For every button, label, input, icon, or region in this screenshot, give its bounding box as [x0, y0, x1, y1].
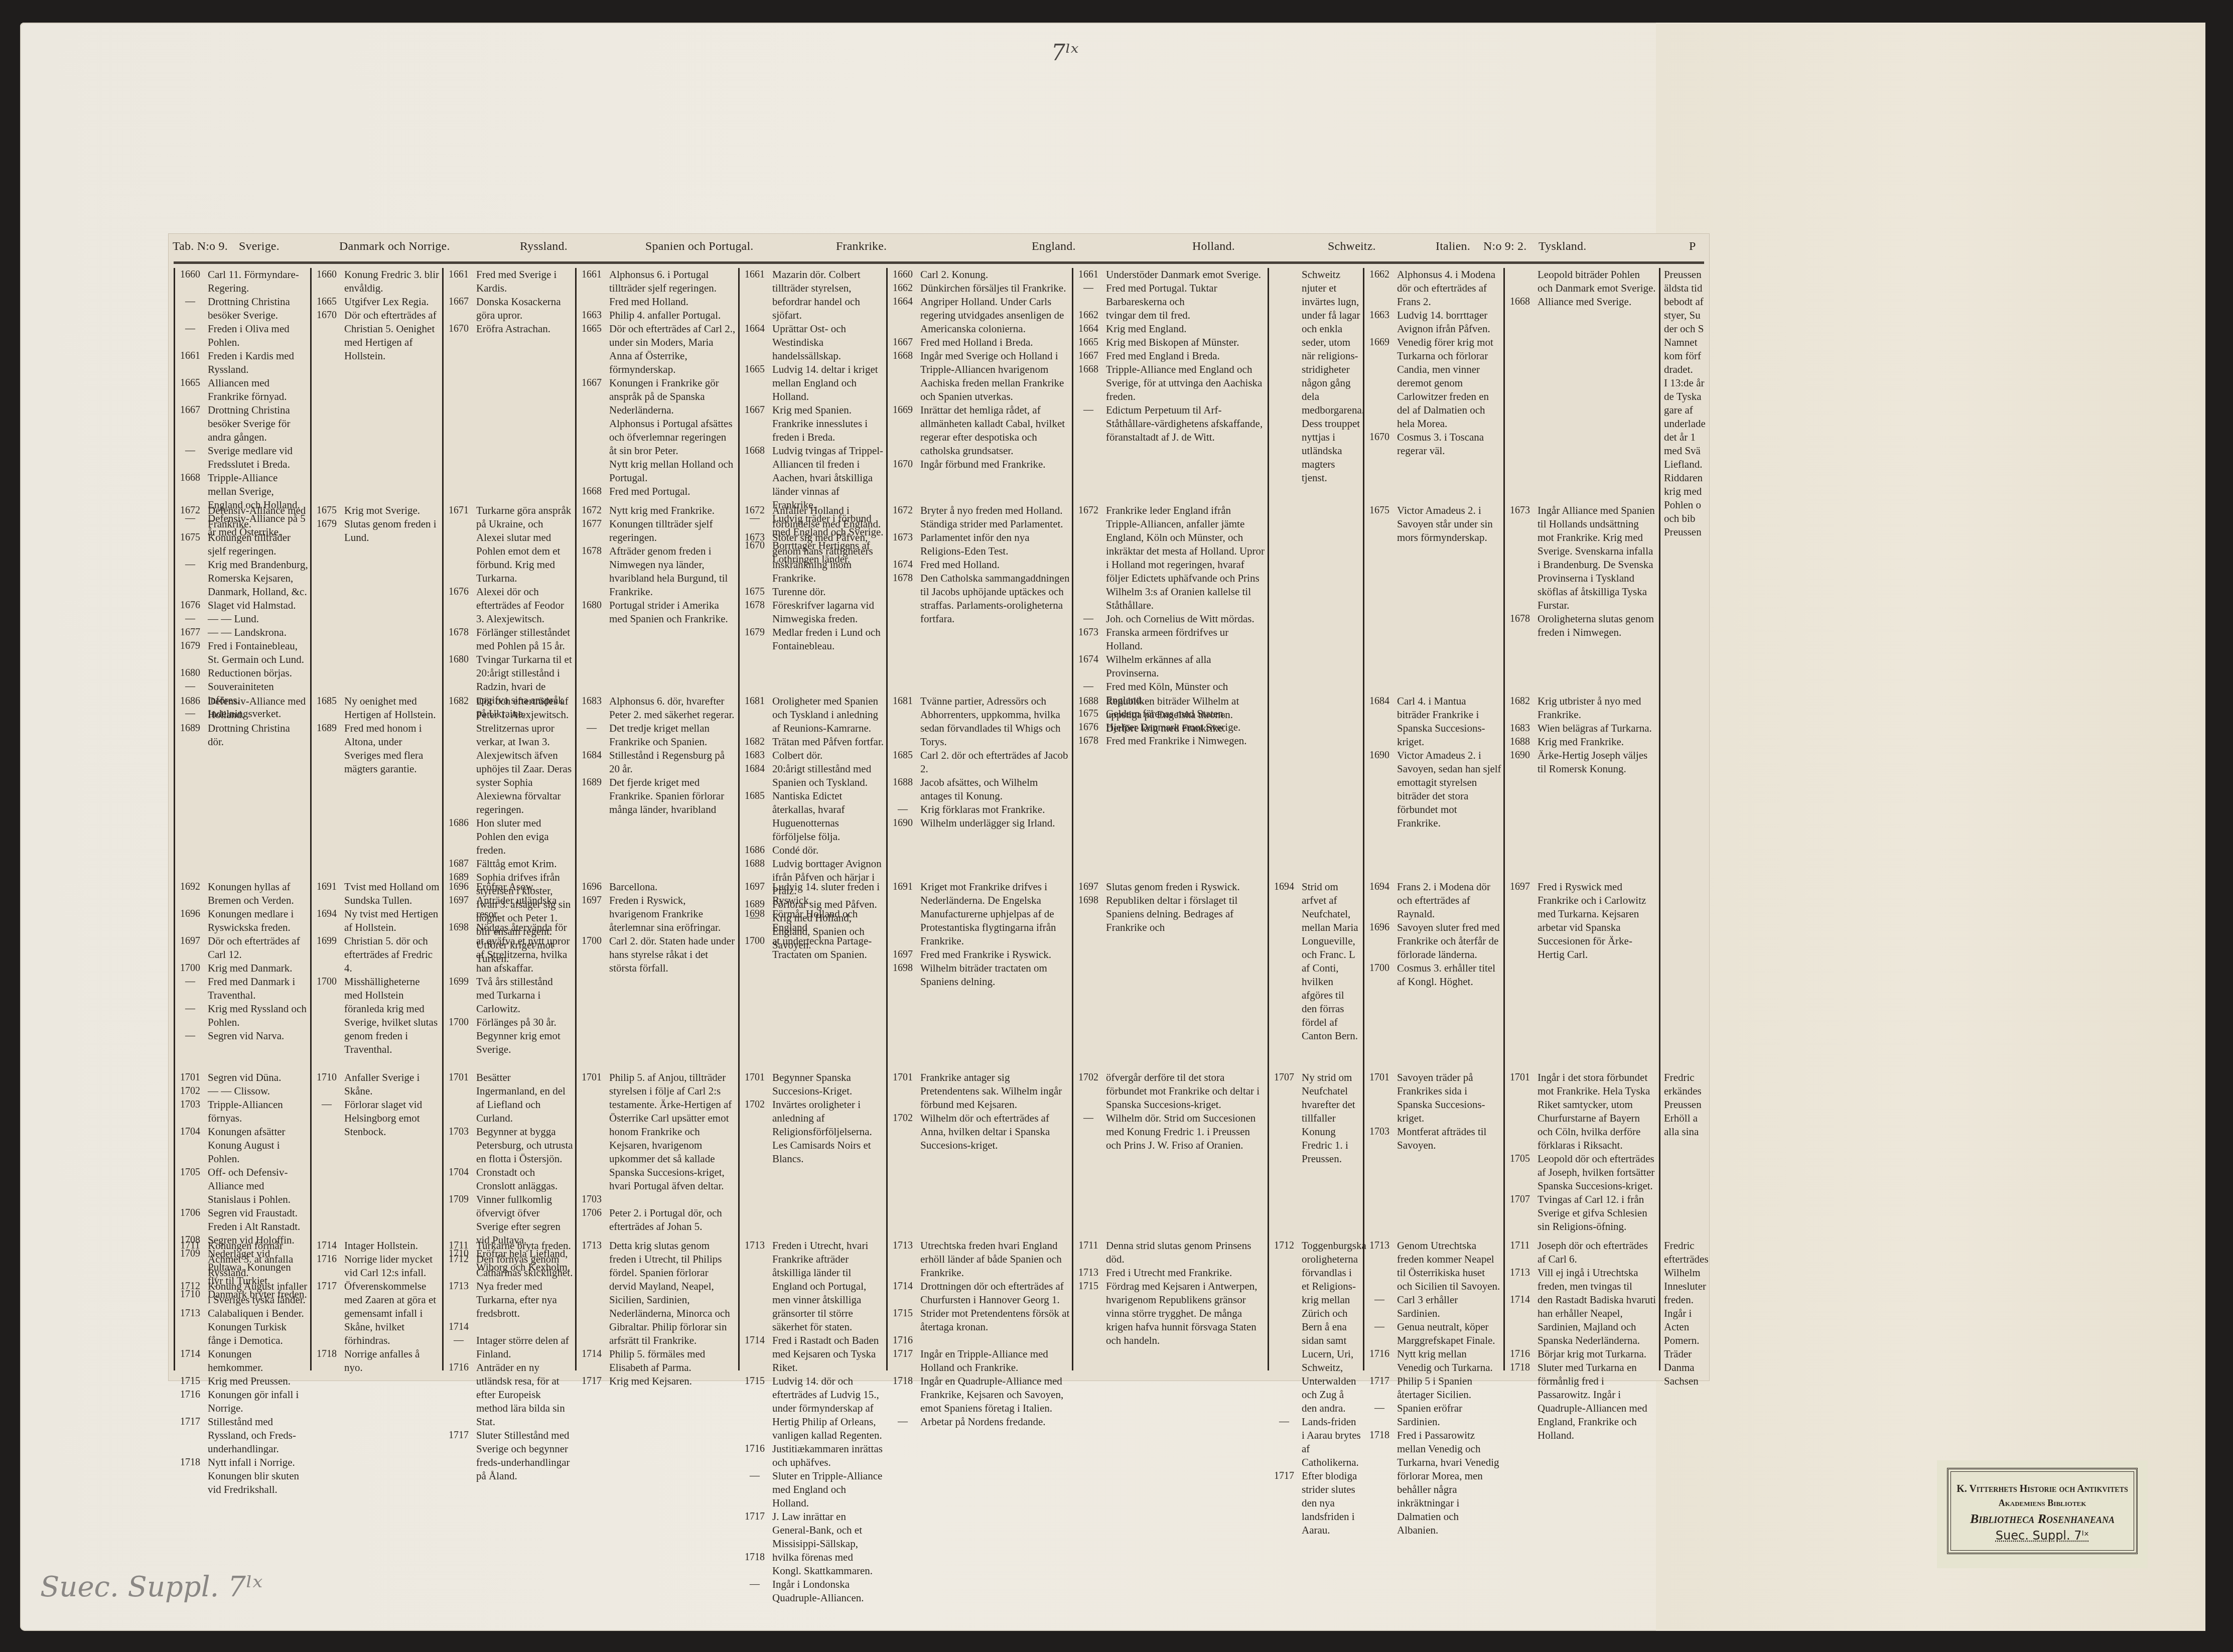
col-divider	[1659, 268, 1660, 1370]
entry-year: 1678	[889, 572, 916, 585]
entry-year: 1672	[177, 504, 204, 517]
table-entry: 1676Slaget vid Halmstad.	[177, 599, 308, 612]
table-entry: 1667Krig med Spanien. Frankrike innesslu…	[741, 403, 884, 444]
table-entry: —Förlorar slaget vid Helsingborg emot St…	[313, 1098, 440, 1139]
entry-year: 1715	[177, 1374, 204, 1388]
col-divider	[575, 268, 577, 1370]
entry-year: 1679	[313, 517, 340, 531]
table-entry: 1714Philip 5. förmäles med Elisabeth af …	[578, 1347, 736, 1374]
table-entry: 1718Nytt infall i Norrige. Konungen blir…	[177, 1456, 308, 1496]
entry-text: Carl 2. dör. Staten hade under hans styr…	[609, 934, 736, 975]
entry-text: Ingår i Londonska Quadruple-Alliancen.	[772, 1578, 884, 1605]
table-entry: 1690Wilhelm underlägger sig Irland.	[889, 816, 1070, 830]
table-entry: 1674Wilhelm erkännes af alla Provinserna…	[1075, 653, 1266, 680]
entry-text: Defensiv-Alliance med Frankrike.	[208, 504, 308, 531]
fragment-line: Träder	[1664, 1347, 1709, 1361]
table-entry: 1716Börjar krig mot Turkarna.	[1506, 1347, 1657, 1361]
table-entry: 1661Fred med Sverige i Kardis.	[445, 268, 573, 295]
table-entry: Schweitz njuter et invärtes lugn, under …	[1271, 268, 1361, 485]
entry-text: Nödgas återvända för at qväfva et nytt u…	[476, 921, 573, 975]
entry-year: 1665	[177, 376, 204, 390]
entry-text: Krig utbrister å nyo med Frankrike.	[1538, 695, 1657, 722]
fragment-line: Danma	[1664, 1361, 1709, 1374]
table-entry: 1694Ny tvist med Hertigen af Hollstein.	[313, 907, 440, 934]
entry-text: Ärke-Hertig Joseph väljes til Romersk Ko…	[1538, 749, 1657, 776]
table-entry: 1688Krig med Frankrike.	[1506, 735, 1657, 749]
entry-text: Carl 4. i Mantua biträder Frankrike i Sp…	[1397, 695, 1501, 749]
cell-spanien: 1701Philip 5. af Anjou, tillträder styre…	[578, 1071, 736, 1233]
stamp-line-1: K. Vitterhets Historie och Antikvitets	[1948, 1483, 2136, 1495]
cell-frankrike: 1697Ludvig 14. sluter freden i Ryswick.1…	[741, 880, 884, 961]
entry-text: Tripple-Alliancen förnyas.	[208, 1098, 308, 1125]
fragment-line: bebodt af	[1664, 295, 1709, 309]
entry-text: Intager Hollstein.	[344, 1239, 440, 1253]
table-entry: 1712Konung August infaller i Sveriges ty…	[177, 1280, 308, 1307]
entry-year: 1696	[1366, 921, 1393, 934]
entry-text: J. Law inrättar en General-Bank, och et …	[772, 1510, 884, 1551]
entry-year: 1678	[445, 626, 472, 639]
table-entry: 1714Drottningen dör och efterträdes af C…	[889, 1280, 1070, 1307]
col-header-spanien: Spanien och Portugal.	[645, 240, 754, 253]
table-entry: 1686Hon sluter med Pohlen den eviga fred…	[445, 816, 573, 857]
table-entry: 1677Konungen tillträder sjelf regeringen…	[578, 517, 736, 544]
table-entry: 1713Vill ej ingå i Utrechtska freden, me…	[1506, 1266, 1657, 1293]
table-entry: 1706Segren vid Fraustadt. Freden i Alt R…	[177, 1206, 308, 1233]
entry-text: Tvänne partier, Adressörs och Abhorrente…	[920, 695, 1070, 749]
entry-year: 1678	[1506, 612, 1533, 626]
entry-year: 1702	[741, 1098, 768, 1112]
table-entry: 1716	[889, 1334, 1070, 1347]
stamp-line-2: Akademiens Bibliotek	[1948, 1498, 2136, 1508]
cell-italien: 1713Genom Utrechtska freden kommer Neape…	[1366, 1239, 1501, 1537]
entry-year: 1682	[445, 695, 472, 708]
entry-text: Fred i Passarowitz mellan Venedig och Tu…	[1397, 1429, 1501, 1537]
entry-text: Cosmus 3. erhåller titel af Kongl. Höghe…	[1397, 961, 1501, 989]
table-entry: 1661Alphonsus 6. i Portugal tillträder s…	[578, 268, 736, 309]
entry-text: Anfaller Sverige i Skåne.	[344, 1071, 440, 1098]
entry-year: 1717	[1366, 1374, 1393, 1388]
entry-text: Arbetar på Nordens fredande.	[920, 1415, 1070, 1429]
table-entry: 1697Fred i Ryswick med Frankrike och i C…	[1506, 880, 1657, 961]
header-rule	[174, 261, 1704, 264]
entry-text: Alphonsus 6. dör, hvarefter Peter 2. med…	[609, 695, 736, 722]
entry-year: 1678	[1075, 734, 1102, 748]
table-grid: 1660Carl 11. Förmyndare-Regering.—Drottn…	[174, 268, 1704, 1370]
entry-year: 1677	[177, 626, 204, 639]
entry-year: 1670	[445, 322, 472, 336]
entry-text: Nytt krig med Frankrike.	[609, 504, 736, 517]
table-entry: 1667Fred med Holland i Breda.	[889, 336, 1070, 349]
fragment-line: Preussen	[1664, 268, 1709, 282]
table-entry: 1694Strid om arfvet af Neufchatel, mella…	[1271, 880, 1361, 1043]
entry-text: Angriper Holland. Under Carls regering u…	[920, 295, 1070, 336]
cell-spanien: 1683Alphonsus 6. dör, hvarefter Peter 2.…	[578, 695, 736, 816]
table-entry: 1697Slutas genom freden i Ryswick.	[1075, 880, 1266, 894]
entry-text: Uprättar Ost- och Westindiska handelssäl…	[772, 322, 884, 363]
entry-text: Joseph dör och efterträdes af Carl 6.	[1538, 1239, 1657, 1266]
table-entry: 1671Turkarne göra anspråk på Ukraine, oc…	[445, 504, 573, 585]
entry-text: Ludvig 14. sluter freden i Ryswick.	[772, 880, 884, 907]
table-entry: 1680Portugal strider i Amerika med Spani…	[578, 599, 736, 626]
entry-text: 20:årigt stillestånd med Spanien och Tys…	[772, 762, 884, 789]
entry-text: Dör och efterträdes af Christian 5. Oeni…	[344, 309, 440, 363]
entry-text: Parlamentet inför den nya Religions-Eden…	[920, 531, 1070, 558]
entry-text: Understöder Danmark emot Sverige.	[1106, 268, 1266, 282]
table-entry: 1713Fred i Utrecht med Frankrike.	[1075, 1266, 1266, 1280]
entry-year: 1684	[741, 762, 768, 776]
entry-year: 1702	[889, 1112, 916, 1125]
table-entry: 1717Krig med Kejsaren.	[578, 1374, 736, 1388]
table-entry: Nytt krig mellan Holland och Portugal.	[578, 458, 736, 485]
entry-year: 1672	[578, 504, 605, 517]
col-header-italien: Italien.	[1436, 240, 1470, 253]
entry-text: Turkarne bryta freden.	[476, 1239, 573, 1253]
entry-year: —	[741, 1469, 768, 1483]
entry-text: Fälttåg emot Krim.	[476, 857, 573, 871]
cell-frankrike: 1713Freden i Utrecht, hvari Frankrike af…	[741, 1239, 884, 1605]
entry-year: 1686	[445, 816, 472, 830]
entry-text: Krig med Danmark.	[208, 961, 308, 975]
entry-text: Konung August infaller i Sveriges tyska …	[208, 1280, 308, 1307]
entry-text: Krig med Preussen.	[208, 1374, 308, 1388]
entry-text: Fred med Holland.	[920, 558, 1070, 572]
entry-text: Cronstadt och Cronslott anläggas.	[476, 1166, 573, 1193]
table-entry: 1712Toggenburgska oroligheterna förvandl…	[1271, 1239, 1361, 1415]
cell-schweitz: 1707Ny strid om Neufchatel hvarefter det…	[1271, 1071, 1361, 1166]
entry-year: 1714	[578, 1347, 605, 1361]
entry-text: Begynner at bygga Petersburg, och utrust…	[476, 1125, 573, 1166]
cell-holland: 1702öfvergår derföre til det stora förbu…	[1075, 1071, 1266, 1152]
entry-year: 1707	[1271, 1071, 1298, 1084]
cell-ryssland: 1661Fred med Sverige i Kardis.1667Donska…	[445, 268, 573, 336]
table-entry: 1697Ludvig 14. sluter freden i Ryswick.	[741, 880, 884, 907]
entry-text: Calabaliquen i Bender. Konungen Turkisk …	[208, 1307, 308, 1347]
cell-sverige: 1660Carl 11. Förmyndare-Regering.—Drottn…	[177, 268, 308, 539]
table-entry: 1702— — Clissow.	[177, 1084, 308, 1098]
entry-text: hvilka förenas med Kongl. Skattkammaren.	[772, 1551, 884, 1578]
fragment-line: Fredric	[1664, 1071, 1709, 1084]
table-entry: 1717J. Law inrättar en General-Bank, och…	[741, 1510, 884, 1551]
table-entry: 1717Öfverenskommelse med Zaaren at göra …	[313, 1280, 440, 1347]
entry-text: Kriget mot Frankrike drifves i Nederländ…	[920, 880, 1070, 948]
table-entry: 1701Philip 5. af Anjou, tillträder styre…	[578, 1071, 736, 1193]
entry-year: 1706	[177, 1206, 204, 1220]
entry-text: Efter blodiga strider slutes den nya lan…	[1302, 1469, 1361, 1537]
entry-text: Slaget vid Halmstad.	[208, 599, 308, 612]
entry-text: Dör och efterträdes af Carl 2., under si…	[609, 322, 736, 376]
table-entry: 1698Förmår Holland och England	[741, 907, 884, 934]
entry-year: 1697	[578, 894, 605, 907]
entry-year: —	[889, 803, 916, 816]
entry-text: Börjar krig mot Turkarna.	[1538, 1347, 1657, 1361]
entry-year: 1661	[578, 268, 605, 282]
table-entry: 1672Nytt krig med Frankrike.	[578, 504, 736, 517]
table-entry: 1665Krig med Biskopen af Münster.	[1075, 336, 1266, 349]
entry-text: Savoyen sluter fred med Frankrike och åt…	[1397, 921, 1501, 961]
entry-year: 1679	[177, 639, 204, 653]
entry-text: Tvingas af Carl 12. i från Sverige et gi…	[1538, 1193, 1657, 1233]
fragment-line: Innesluter	[1664, 1280, 1709, 1293]
entry-year: 1698	[741, 907, 768, 921]
entry-text: Dünkirchen försäljes til Frankrike.	[920, 282, 1070, 295]
entry-year: 1714	[313, 1239, 340, 1253]
table-entry: 1703Montferat afträdes til Savoyen.	[1366, 1125, 1501, 1152]
entry-year: 1680	[578, 599, 605, 612]
entry-text: Slutas genom freden i Ryswick.	[1106, 880, 1266, 894]
entry-text: Två års stillestånd med Turkarna i Carlo…	[476, 975, 573, 1016]
entry-year: 1684	[578, 749, 605, 762]
table-entry: —Krig förklaras mot Frankrike.	[889, 803, 1070, 816]
entry-year: 1668	[889, 349, 916, 363]
entry-year: —	[1366, 1320, 1393, 1334]
col-divider	[442, 268, 444, 1370]
entry-year: 1668	[578, 485, 605, 498]
entry-year: —	[1366, 1402, 1393, 1415]
fragment-line: Wilhelm	[1664, 1266, 1709, 1280]
entry-year: 1713	[578, 1239, 605, 1253]
entry-text: Leopold dör och efterträdes af Joseph, h…	[1538, 1152, 1657, 1193]
entry-text: Fred i Utrecht med Frankrike.	[1106, 1266, 1266, 1280]
entry-year: 1672	[889, 504, 916, 517]
table-entry: 1670Eröfra Astrachan.	[445, 322, 573, 336]
table-entry: 1682Trätan med Påfven fortfar.	[741, 735, 884, 749]
entry-year: 1696	[177, 907, 204, 921]
entry-text: Spanien eröfrar Sardinien.	[1397, 1402, 1501, 1429]
entry-year: 1679	[741, 626, 768, 639]
table-entry: 1672Anfaller Holland i förbindelse med E…	[741, 504, 884, 531]
entry-year: 1675	[313, 504, 340, 517]
table-entry: 1675Victor Amadeus 2. i Savoyen står und…	[1366, 504, 1501, 544]
entry-year: 1660	[313, 268, 340, 282]
entry-text: Begynner Spanska Succesions-Kriget.	[772, 1071, 884, 1098]
table-entry: —Intager större delen af Finland.	[445, 1334, 573, 1361]
entry-text: Det fjerde kriget med Frankrike. Spanien…	[609, 776, 736, 816]
table-entry: 1663Ludvig 14. borrttager Avignon ifrån …	[1366, 309, 1501, 336]
entry-year: 1676	[177, 599, 204, 612]
entry-text: Franska armeen fördrifves ur Holland.	[1106, 626, 1266, 653]
entry-text: Victor Amadeus 2. i Savoyen, sedan han s…	[1397, 749, 1501, 830]
table-entry: 1675Konungen tillträder sjelf regeringen…	[177, 531, 308, 558]
table-entry: 1704Konungen afsätter Konung August i Po…	[177, 1125, 308, 1166]
entry-year: 1714	[445, 1320, 472, 1334]
entry-year: 1717	[889, 1347, 916, 1361]
cell-tyskland: 1697Fred i Ryswick med Frankrike och i C…	[1506, 880, 1657, 961]
table-entry: 1689Fred med honom i Altona, under Sveri…	[313, 722, 440, 776]
cell-sverige: 1672Defensiv-Alliance med Frankrike.1675…	[177, 504, 308, 721]
entry-text: Öfverenskommelse med Zaaren at göra et g…	[344, 1280, 440, 1347]
table-entry: 1688Jacob afsättes, och Wilhelm antages …	[889, 776, 1070, 803]
entry-text: Besätter Ingermanland, en del af Lieflan…	[476, 1071, 573, 1125]
entry-year: 1669	[1366, 336, 1393, 349]
entry-text: Strid om arfvet af Neufchatel, mellan Ma…	[1302, 880, 1361, 1043]
entry-year: 1717	[1271, 1469, 1298, 1483]
entry-year: 1701	[1366, 1071, 1393, 1084]
cell-holland: 1697Slutas genom freden i Ryswick.1698Re…	[1075, 880, 1266, 934]
entry-year: 1682	[741, 735, 768, 749]
table-entry: 1690Victor Amadeus 2. i Savoyen, sedan h…	[1366, 749, 1501, 830]
cell-preussen-fragment: FredricefterträdesWilhelmInnesluterfrede…	[1664, 1239, 1709, 1388]
entry-year: 1688	[889, 776, 916, 789]
entry-text: Krig med Kejsaren.	[609, 1374, 736, 1388]
entry-year: 1700	[177, 961, 204, 975]
table-entry: 1698Nödgas återvända för at qväfva et ny…	[445, 921, 573, 975]
table-entry: 1667Konungen i Frankrike gör anspråk på …	[578, 376, 736, 417]
entry-text: Alphonsus 6. i Portugal tillträder sjelf…	[609, 268, 736, 309]
entry-text: Förlänger stilleståndet med Pohlen på 15…	[476, 626, 573, 653]
table-entry: 1717Philip 5 i Spanien återtager Sicilie…	[1366, 1374, 1501, 1402]
table-entry: —Krig med Ryssland och Pohlen.	[177, 1002, 308, 1029]
table-entry: 1697Fred med Frankrike i Ryswick.	[889, 948, 1070, 961]
entry-year: 1716	[445, 1361, 472, 1374]
entry-text: Frankrike leder England ifrån Tripple-Al…	[1106, 504, 1266, 612]
table-entry: 1713Freden i Utrecht, hvari Frankrike af…	[741, 1239, 884, 1334]
entry-text: Edictum Perpetuum til Arf-Ståthållare-vä…	[1106, 403, 1266, 444]
entry-year: 1703	[578, 1193, 605, 1206]
entry-year: —	[177, 295, 204, 309]
table-entry: 1714den Rastadt Badiska hvaruti han erhå…	[1506, 1293, 1657, 1347]
fragment-line: det år 1	[1664, 431, 1709, 444]
entry-year: 1694	[1366, 880, 1393, 894]
entry-year: 1670	[1366, 431, 1393, 444]
entry-year: 1718	[177, 1456, 204, 1469]
entry-text: Dör och efterträdes af Peter 1. Alexjewi…	[476, 695, 573, 816]
entry-year: —	[177, 1002, 204, 1016]
table-entry: Alphonsus i Portugal afsättes och öfverl…	[578, 417, 736, 458]
fragment-line: Ingår i	[1664, 1307, 1709, 1320]
entry-text: Ingår förbund med Frankrike.	[920, 458, 1070, 471]
entry-year: 1701	[177, 1071, 204, 1084]
entry-text: Detta krig slutas genom freden i Utrecht…	[609, 1239, 736, 1347]
entry-year: 1664	[1075, 322, 1102, 336]
entry-year: 1715	[1075, 1280, 1102, 1293]
cell-italien: 1694Frans 2. i Modena dör och efterträde…	[1366, 880, 1501, 989]
table-entry: 1713Utrechtska freden hvari England erhö…	[889, 1239, 1070, 1280]
table-entry: 1673Ingår Alliance med Spanien til Holla…	[1506, 504, 1657, 612]
entry-year: 1667	[1075, 349, 1102, 363]
entry-year: 1671	[445, 504, 472, 517]
table-entry: —Lands-friden i Aarau brytes af Catholik…	[1271, 1415, 1361, 1469]
table-entry: 1684Stillestånd i Regensburg på 20 år.	[578, 749, 736, 776]
cell-spanien: 1713Detta krig slutas genom freden i Utr…	[578, 1239, 736, 1388]
entry-text: — — Landskrona.	[208, 626, 308, 639]
entry-text: Sluter Stillestånd med Sverige och begyn…	[476, 1429, 573, 1483]
table-entry: 1691Kriget mot Frankrike drifves i Neder…	[889, 880, 1070, 948]
entry-text: Oroligheter med Spanien och Tyskland i a…	[772, 695, 884, 735]
table-entry: 1718Norrige anfalles å nyo.	[313, 1347, 440, 1374]
cell-england: 1701Frankrike antager sig Pretendentens …	[889, 1071, 1070, 1152]
entry-year: 1699	[445, 975, 472, 989]
table-entry: 1702Invärtes oroligheter i anledning af …	[741, 1098, 884, 1166]
entry-year: —	[741, 1578, 768, 1591]
table-entry: 1714Fred i Rastadt och Baden med Kejsare…	[741, 1334, 884, 1374]
entry-year: 1700	[741, 934, 768, 948]
fragment-line: erkändes	[1664, 1084, 1709, 1098]
cell-sverige: 1711Konungen förmår Achmet 3. at anfalla…	[177, 1239, 308, 1496]
fragment-line: Pohlen o	[1664, 498, 1709, 512]
entry-year: 1670	[889, 458, 916, 471]
entry-year: 1661	[1075, 268, 1102, 282]
table-entry: —Wilhelm dör. Strid om Succesionen med K…	[1075, 1112, 1266, 1152]
entry-text: Ingår en Quadruple-Alliance med Frankrik…	[920, 1374, 1070, 1415]
entry-text: Philip 5 i Spanien återtager Sicilien.	[1397, 1374, 1501, 1402]
fragment-line: Acten	[1664, 1320, 1709, 1334]
table-entry: 1717Stillestånd med Ryssland, och Freds-…	[177, 1415, 308, 1456]
table-entry: 1672Bryter å nyo freden med Holland. Stä…	[889, 504, 1070, 531]
entry-text: at underteckna Partage-Tractaten om Span…	[772, 934, 884, 961]
table-entry: 1701Ingår i det stora förbundet mot Fran…	[1506, 1071, 1657, 1152]
entry-year: 1711	[177, 1239, 204, 1253]
entry-year: 1697	[177, 934, 204, 948]
entry-text: Norrige lider mycket vid Carl 12:s infal…	[344, 1253, 440, 1280]
entry-text: Wilhelm dör och efterträdes af Anna, hvi…	[920, 1112, 1070, 1152]
table-entry: 1684Carl 4. i Mantua biträder Frankrike …	[1366, 695, 1501, 749]
entry-text: Fördrag med Kejsaren i Antwerpen, hvarig…	[1106, 1280, 1266, 1347]
table-entry: 1713Detta krig slutas genom freden i Utr…	[578, 1239, 736, 1347]
entry-text: Ingår med Sverige och Holland i Tripple-…	[920, 349, 1070, 403]
table-entry: —Freden i Oliva med Pohlen.	[177, 322, 308, 349]
entry-year: 1660	[889, 268, 916, 282]
entry-text: Freden i Ryswick, hvarigenom Frankrike å…	[609, 894, 736, 934]
entry-year: 1704	[177, 1125, 204, 1139]
entry-text: Carl 3 erhåller Sardinien.	[1397, 1293, 1501, 1320]
entry-year: 1691	[313, 880, 340, 894]
col-divider	[310, 268, 312, 1370]
table-entry: 1669Inrättar det hemliga rådet, af allmä…	[889, 403, 1070, 458]
table-entry: 1661Understöder Danmark emot Sverige.	[1075, 268, 1266, 282]
entry-text: Portugal strider i Amerika med Spanien o…	[609, 599, 736, 626]
entry-text: Frankrike antager sig Pretendentens sak.…	[920, 1071, 1070, 1112]
entry-year: 1716	[1506, 1347, 1533, 1361]
fragment-line: äldsta tid	[1664, 282, 1709, 295]
entry-year: 1714	[889, 1280, 916, 1293]
entry-year: 1700	[1366, 961, 1393, 975]
cell-holland: 1688Republiken biträder Wilhelm at uppst…	[1075, 695, 1266, 735]
entry-text: Denna strid slutas genom Prinsens död.	[1106, 1239, 1266, 1266]
entry-text: Tripple-Alliance med England och Sverige…	[1106, 363, 1266, 403]
entry-text: Konungen tillträder sjelf regeringen.	[609, 517, 736, 544]
cell-england: 1691Kriget mot Frankrike drifves i Neder…	[889, 880, 1070, 989]
cell-schweitz: 1712Toggenburgska oroligheterna förvandl…	[1271, 1239, 1361, 1537]
fragment-line: styer, Su	[1664, 309, 1709, 322]
entry-year: —	[177, 1029, 204, 1043]
table-entry: 1683Alphonsus 6. dör, hvarefter Peter 2.…	[578, 695, 736, 722]
table-entry: 1716Justitiækammaren inrättas och uphäfv…	[741, 1442, 884, 1469]
entry-year: 1667	[445, 295, 472, 309]
entry-text: Fred med Portugal. Tuktar Barbareskerna …	[1106, 282, 1266, 309]
fragment-line: krig med	[1664, 485, 1709, 498]
table-entry: 1677— — Landskrona.	[177, 626, 308, 639]
entry-text: Krig med England.	[1106, 322, 1266, 336]
entry-year: 1690	[1366, 749, 1393, 762]
entry-text: Stillestånd med Ryssland, och Freds-unde…	[208, 1415, 308, 1456]
table-entry: 1710Anfaller Sverige i Skåne.	[313, 1071, 440, 1098]
entry-year: 1681	[889, 695, 916, 708]
col-divider	[886, 268, 888, 1370]
entry-text: Republiken deltar i förslaget til Spanie…	[1106, 894, 1266, 934]
cell-spanien: 1661Alphonsus 6. i Portugal tillträder s…	[578, 268, 736, 498]
cell-england: 1660Carl 2. Konung.1662Dünkirchen försäl…	[889, 268, 1070, 471]
table-entry: 1675Turenne dör.	[741, 585, 884, 599]
table-entry: 1699Christian 5. dör och efterträdes af …	[313, 934, 440, 975]
cell-danmark: 1685Ny oenighet med Hertigen af Hollstei…	[313, 695, 440, 776]
entry-year: 1675	[177, 531, 204, 544]
table-entry: 1688Republiken biträder Wilhelm at uppst…	[1075, 695, 1266, 735]
entry-text: Carl 2. Konung.	[920, 268, 1070, 282]
entry-text: Konungen hyllas af Bremen och Verden.	[208, 880, 308, 907]
entry-year: 1697	[445, 894, 472, 907]
entry-year: 1698	[1075, 894, 1102, 907]
table-entry: 1715Ludvig 14. dör och efterträdes af Lu…	[741, 1374, 884, 1442]
